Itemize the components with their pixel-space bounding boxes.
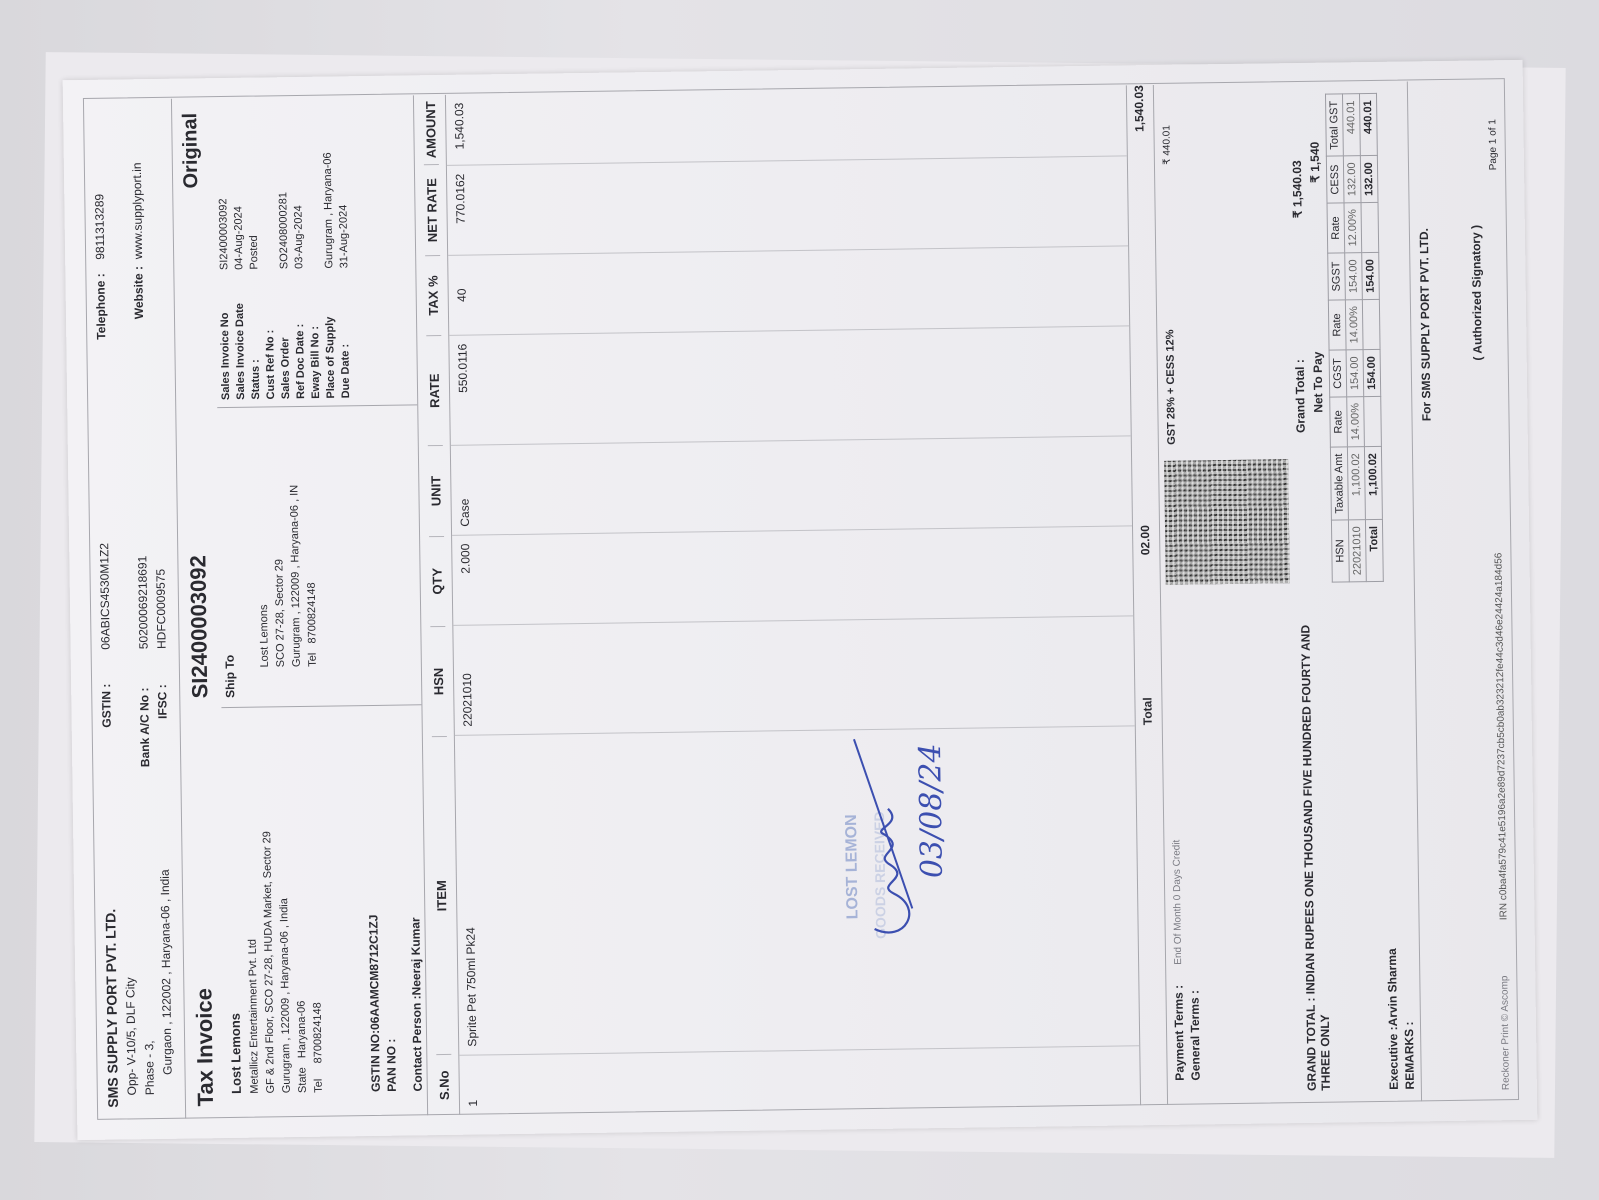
bill-to-line: Tel 8700824148: [307, 830, 327, 1092]
payment-terms-value: End Of Month 0 Days Credit: [1171, 840, 1184, 965]
meta-label: Eway Bill No :: [307, 269, 324, 399]
meta-label: Sales Invoice Date: [232, 270, 249, 400]
handwritten-signature: 03/08/24: [831, 708, 954, 950]
payment-terms-label: Payment Terms :: [1171, 985, 1186, 1081]
tax-cell: 154.00: [1344, 253, 1362, 300]
tax-cell: 14.00%: [1345, 299, 1363, 350]
company-address-3: Gurgaon , 122002 , Haryana-06 , India: [157, 869, 174, 1075]
tax-cell: 12.00%: [1344, 203, 1362, 254]
total-qty: 02.00: [1137, 525, 1152, 615]
tax-summary-table: HSNTaxable AmtRateCGSTRateSGSTRateCESSTo…: [1324, 93, 1383, 582]
for-company: For SMS SUPPLY PORT PVT. LTD.: [1416, 228, 1433, 421]
meta-label: Sales Order: [277, 269, 294, 399]
grand-total-words: GRAND TOTAL : INDIAN RUPEES ONE THOUSAND…: [1298, 621, 1333, 1091]
column-header: AMOUNT: [422, 95, 438, 165]
general-terms-label: General Terms :: [1187, 990, 1202, 1081]
table-cell: Sprite Pet 750ml Pk24: [454, 725, 1138, 1054]
table-cell: 770.0162: [446, 155, 1127, 254]
tax-cell: 154.00: [1346, 350, 1364, 397]
table-cell: 1,540.03: [445, 85, 1126, 164]
bill-to-pan: PAN NO :: [384, 1039, 399, 1092]
column-header: HSN: [429, 626, 446, 736]
table-cell: 2.000: [452, 525, 1133, 624]
contact-person: Contact Person :Neeraj Kumar: [408, 917, 424, 1091]
ifsc-label: IFSC :: [155, 684, 169, 719]
tax-column-header: HSN: [1331, 520, 1349, 582]
einvoice-qr-code: [1164, 459, 1290, 585]
bank-label: Bank A/C No :: [137, 688, 152, 768]
ship-to-address: Lost Lemons SCO 27-28, Sector 29 Gurugra…: [254, 484, 321, 667]
total-amount: 1,540.03: [1131, 85, 1146, 155]
net-to-pay-value: ₹ 1,540: [1307, 142, 1322, 183]
tax-total-cell: 154.00: [1361, 253, 1379, 300]
table-cell: 40: [448, 245, 1129, 334]
meta-label: Cust Ref No :: [262, 269, 279, 399]
meta-label: Ref Doc Date :: [292, 269, 309, 399]
table-cell: Case: [450, 435, 1131, 534]
ship-to-heading: Ship To: [222, 655, 237, 698]
meta-label: Status :: [247, 269, 264, 399]
column-header: S.No: [435, 1054, 451, 1115]
bill-to-line: GF & 2nd Floor, SCO 27-28, HUDA Market, …: [259, 831, 279, 1093]
company-telephone: 9811313289: [92, 194, 107, 260]
page-number: Page 1 of 1: [1487, 119, 1499, 170]
invoice-meta: Sales Invoice NoSI2400003092Sales Invoic…: [215, 152, 353, 400]
tax-total-cell: 132.00: [1360, 156, 1378, 203]
document-title: Tax Invoice: [191, 988, 219, 1107]
tax-cell: 14.00%: [1346, 396, 1364, 447]
bill-to-gstin: GSTIN NO:06AAMCM8712C1ZJ: [366, 915, 382, 1093]
ship-to-line: SCO 27-28, Sector 29: [270, 485, 289, 667]
tax-cell: 132.00: [1343, 156, 1361, 203]
tax-total-cell: 154.00: [1363, 350, 1381, 397]
table-cell: 1: [459, 1045, 1140, 1114]
bill-to-address: Metallicz Entertainment Pvt. Ltd GF & 2n…: [243, 830, 327, 1093]
meta-row: Place of SupplyGurugram , Haryana-06: [320, 152, 338, 398]
column-header: UNIT: [427, 445, 443, 535]
remarks-label: REMARKS :: [1401, 1021, 1416, 1089]
company-address-2: Phase - 3,: [142, 1040, 157, 1095]
tax-total-cell: [1361, 202, 1379, 253]
website-label: Website :: [131, 266, 146, 319]
tax-note: GST 28% + CESS 12%: [1164, 329, 1178, 444]
gstin-label: GSTIN :: [99, 684, 114, 728]
table-row: 1Sprite Pet 750ml Pk24220210102.000Case5…: [445, 85, 1140, 1114]
column-header: NET RATE: [423, 164, 439, 254]
table-cell: 22021010: [453, 615, 1134, 734]
tax-total-cell: 440.01: [1359, 94, 1377, 156]
grand-total-label: Grand Total :: [1292, 359, 1307, 433]
meta-value: Posted: [246, 235, 261, 269]
tax-column-header: Total GST: [1325, 94, 1343, 156]
tax-total-cell: 1,100.02: [1364, 446, 1382, 519]
meta-row: Due Date :31-Aug-2024: [335, 152, 353, 398]
tax-cell: 1,100.02: [1347, 447, 1365, 520]
ship-to-line: Gurugram , 122009 , Haryana-06 , IN: [286, 485, 305, 667]
total-label: Total: [1139, 615, 1155, 725]
authorized-signatory: ( Authorized Signatory ): [1468, 225, 1484, 361]
bill-to-name: Lost Lemons: [227, 1013, 243, 1094]
tax-total-cell: [1363, 396, 1381, 447]
tax-cell: 440.01: [1342, 94, 1360, 156]
tax-column-header: Rate: [1329, 397, 1347, 448]
company-address-1: Opp- V-10/5, DLF City: [123, 977, 139, 1095]
ifsc-code: HDFC0009575: [153, 569, 168, 649]
table-cell: 550.0116: [449, 325, 1130, 444]
meta-value: 31-Aug-2024: [336, 205, 352, 269]
meta-value: SI2400003092: [216, 198, 232, 270]
executive-name: Executive :Arvin Sharma: [1384, 948, 1400, 1090]
tax-column-header: SGST: [1327, 253, 1345, 300]
invoice-page: SMS SUPPLY PORT PVT. LTD. Opp- V-10/5, D…: [62, 60, 1537, 1140]
meta-value: Gurugram , Haryana-06: [320, 152, 337, 268]
net-to-pay-label: Net To Pay: [1310, 352, 1325, 413]
software-credit: Reckoner Print © Ascomp: [1499, 975, 1512, 1090]
column-header: QTY: [428, 536, 444, 626]
company-name: SMS SUPPLY PORT PVT. LTD.: [102, 909, 121, 1108]
column-header: TAX %: [424, 255, 440, 336]
meta-label: Sales Invoice No: [217, 270, 234, 400]
tax-column-header: Taxable Amt: [1330, 447, 1348, 520]
tax-column-header: CESS: [1326, 156, 1344, 203]
tax-cell: 22021010: [1348, 520, 1366, 582]
meta-label: Due Date :: [337, 268, 354, 398]
tax-total-cell: [1362, 299, 1380, 350]
tax-column-header: CGST: [1329, 350, 1347, 397]
ship-to-line: Tel 8700824148: [302, 484, 321, 666]
meta-value: 03-Aug-2024: [291, 205, 307, 269]
company-website: www.supplyport.in: [129, 162, 144, 259]
handwritten-date: 03/08/24: [913, 743, 950, 878]
copy-type: Original: [179, 113, 203, 189]
tax-column-header: Rate: [1328, 300, 1346, 351]
column-header: RATE: [425, 335, 442, 445]
items-table: S.NoITEMHSNQTYUNITRATETAX %NET RATEAMOUN…: [414, 85, 1164, 1115]
telephone-label: Telephone :: [93, 273, 108, 340]
company-gstin: 06ABICS4530M1Z2: [97, 543, 112, 650]
tax-column-header: Rate: [1327, 203, 1345, 254]
meta-value: SO2408000281: [276, 192, 292, 269]
tax-total-cell: Total: [1365, 519, 1383, 581]
bank-account: 50200069218691: [135, 556, 150, 650]
tax-total-display: ₹ 440.01: [1161, 125, 1173, 165]
column-header: ITEM: [431, 736, 450, 1055]
invoice-number-heading: SI2400003092: [185, 555, 213, 698]
meta-value: 04-Aug-2024: [231, 206, 247, 270]
meta-label: Place of Supply: [322, 268, 339, 398]
grand-total-value: ₹ 1,540.03: [1289, 160, 1304, 218]
ship-to-line: Lost Lemons: [254, 485, 273, 667]
